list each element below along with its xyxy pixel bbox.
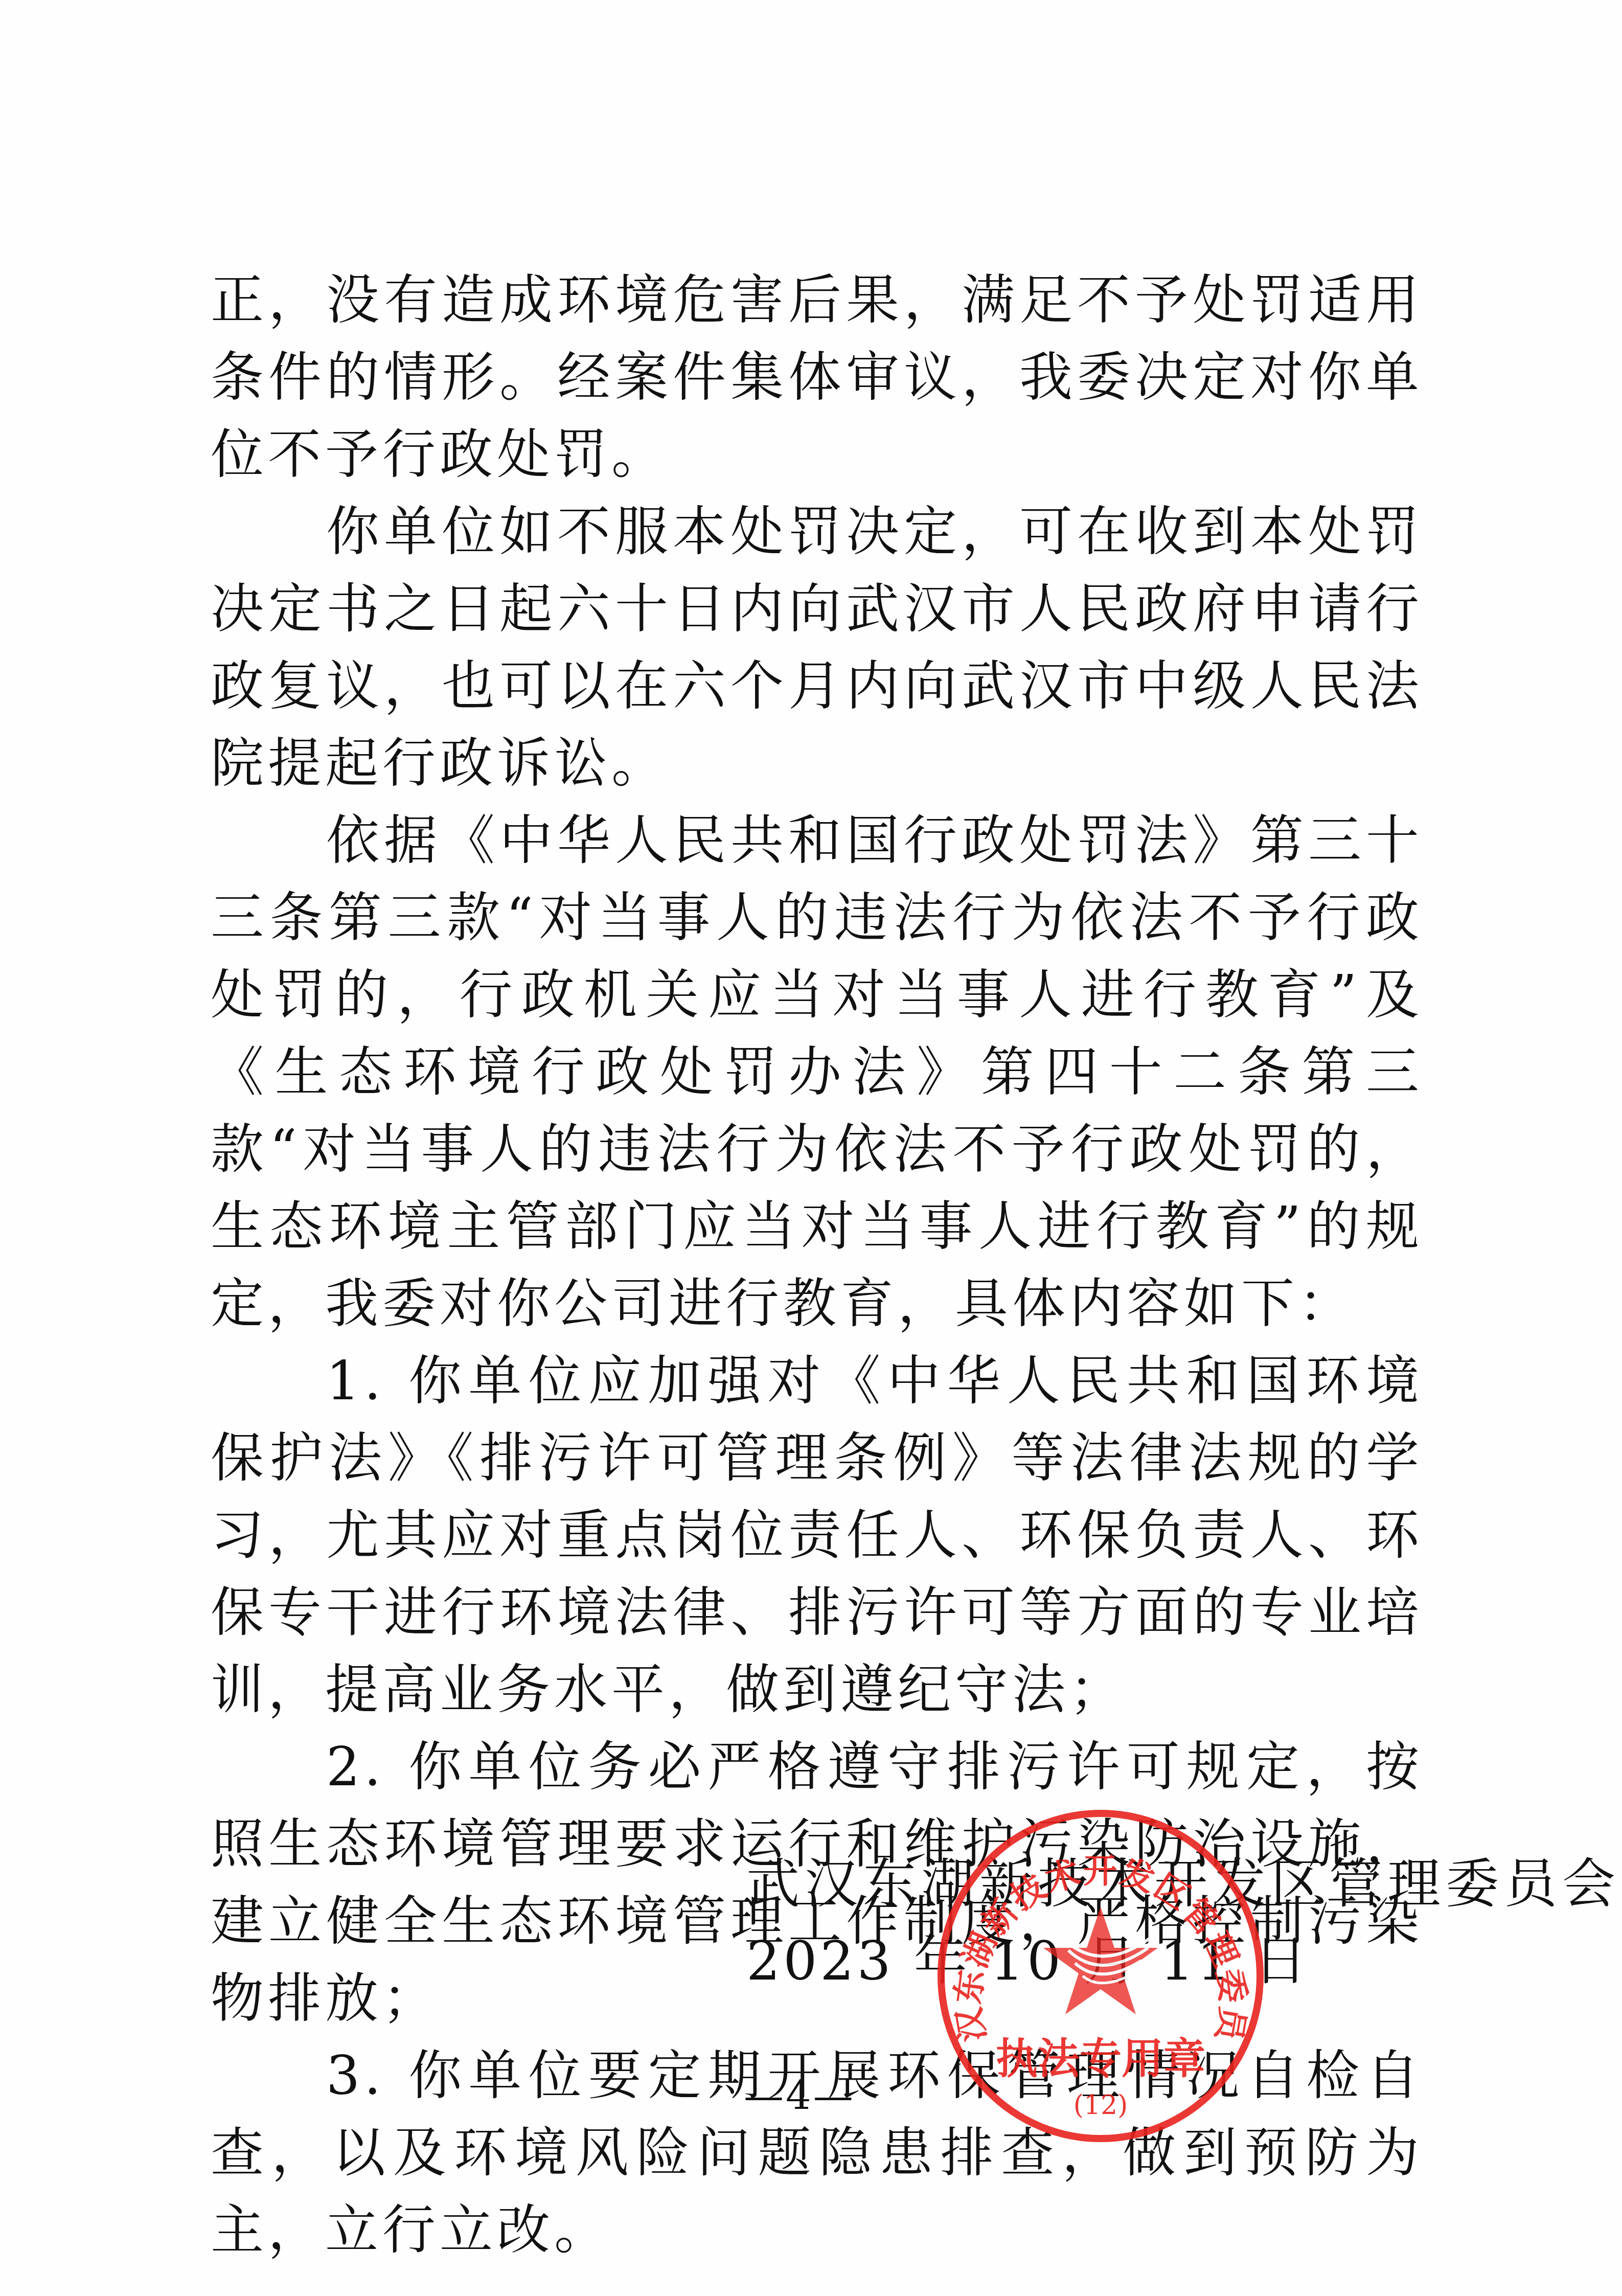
paragraph-item-1: 1. 你单位应加强对《中华人民共和国环境保护法》《排污许可管理条例》等法律法规的… — [211, 1343, 1423, 1729]
page-number: —4— — [744, 2073, 855, 2119]
paragraph-decision: 正，没有造成环境危害后果，满足不予处罚适用条件的情形。经案件集体审议，我委决定对… — [211, 262, 1423, 493]
paragraph-appeal-rights: 你单位如不服本处罚决定，可在收到本处罚决定书之日起六十日内向武汉市人民政府申请行… — [211, 493, 1423, 802]
official-seal-icon: 武汉东湖新技术开发区管理委员会 执法专用章 (12) — [934, 1807, 1267, 2145]
seal-ring-text: 武汉东湖新技术开发区管理委员会 — [934, 1807, 1253, 2046]
document-page: 正，没有造成环境危害后果，满足不予处罚适用条件的情形。经案件集体审议，我委决定对… — [0, 0, 1622, 2296]
seal-star-icon — [1043, 1907, 1158, 2014]
seal-number: (12) — [1073, 2090, 1128, 2121]
seal-center-text: 执法专用章 — [996, 2035, 1205, 2083]
svg-text:武汉东湖新技术开发区管理委员会: 武汉东湖新技术开发区管理委员会 — [934, 1807, 1253, 2046]
paragraph-legal-basis: 依据《中华人民共和国行政处罚法》第三十三条第三款“对当事人的违法行为依法不予行政… — [211, 802, 1423, 1343]
